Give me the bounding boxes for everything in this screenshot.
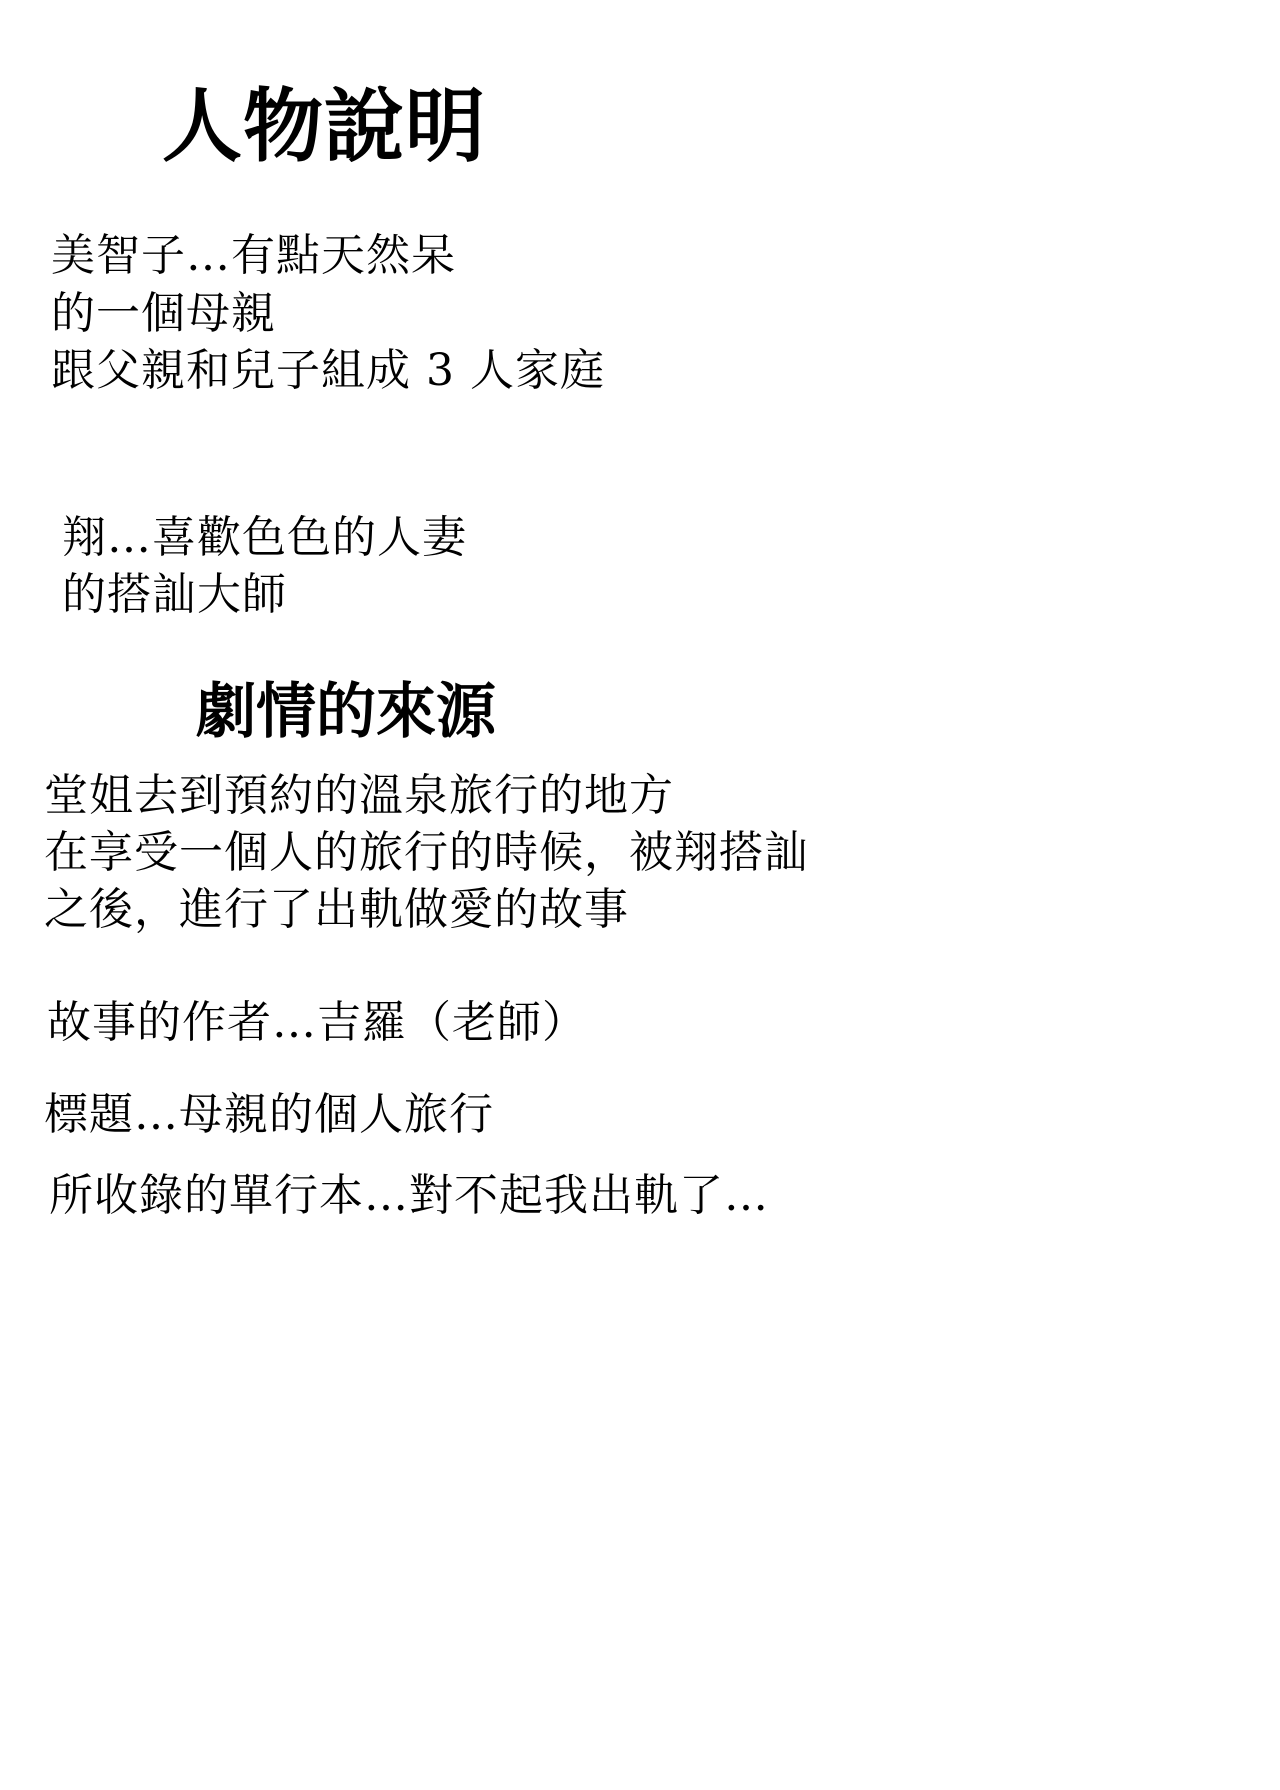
mother-line-1: 美智子…有點天然呆: [51, 234, 456, 278]
title-line: 標題…母親的個人旅行: [44, 1093, 494, 1137]
plot-line-3: 之後，進行了出軌做愛的故事: [44, 888, 629, 932]
author-line: 故事的作者…吉羅（老師）: [47, 1001, 587, 1045]
mother-line-2: 的一個母親: [51, 292, 276, 336]
characters-section-title: 人物說明: [162, 86, 486, 166]
document-page: 人物說明 美智子…有點天然呆 的一個母親 跟父親和兒子組成 3 人家庭 翔…喜歡…: [0, 0, 1280, 1790]
plot-section-title: 劇情的來源: [196, 682, 496, 742]
mother-line-3: 跟父親和兒子組成 3 人家庭: [51, 349, 605, 393]
sho-line-2: 的搭訕大師: [62, 573, 287, 617]
plot-line-1: 堂姐去到預約的溫泉旅行的地方: [44, 774, 674, 818]
plot-line-2: 在享受一個人的旅行的時候，被翔搭訕: [44, 831, 809, 875]
sho-line-1: 翔…喜歡色色的人妻: [62, 516, 467, 560]
collection-line: 所收錄的單行本…對不起我出軌了…: [49, 1174, 769, 1218]
